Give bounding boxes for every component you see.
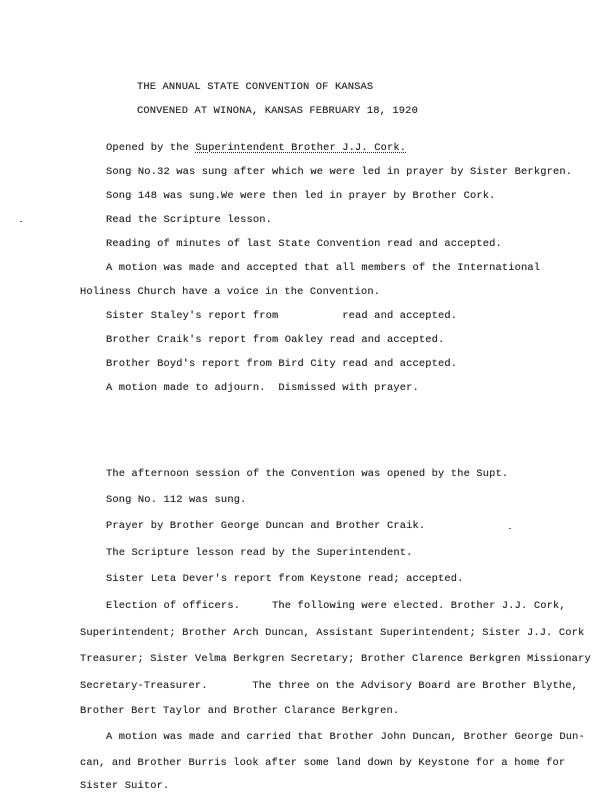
title-line-1: THE ANNUAL STATE CONVENTION OF KANSAS	[137, 82, 373, 92]
afternoon-line: The Scripture lesson read by the Superin…	[106, 548, 413, 558]
opened-prefix: Opened by the	[106, 142, 195, 154]
afternoon-line: Song No. 112 was sung.	[106, 495, 246, 505]
election-line: Brother Bert Taylor and Brother Clarance…	[80, 706, 399, 716]
minutes-line: Reading of minutes of last State Convent…	[106, 239, 502, 249]
minutes-line: A motion was made and accepted that all …	[106, 263, 540, 273]
opened-underlined: Superintendent Brother J.J. Cork.	[195, 142, 406, 154]
afternoon-line: The afternoon session of the Convention …	[106, 469, 508, 479]
afternoon-line: Prayer by Brother George Duncan and Brot…	[106, 521, 425, 531]
motion-line: A motion was made and carried that Broth…	[106, 732, 585, 742]
report-line: A motion made to adjourn. Dismissed with…	[106, 383, 419, 393]
afternoon-line: Sister Leta Dever's report from Keystone…	[106, 574, 464, 584]
election-line: Secretary-Treasurer. The three on the Ad…	[80, 681, 578, 691]
minutes-line: Song No.32 was sung after which we were …	[106, 167, 572, 177]
minutes-line: Read the Scripture lesson.	[106, 215, 272, 225]
scan-speck	[509, 528, 511, 529]
motion-line: can, and Brother Burris look after some …	[80, 758, 565, 768]
motion-line: Sister Suitor.	[80, 781, 169, 791]
afternoon-line: Election of officers. The following were…	[106, 601, 566, 611]
election-line: Treasurer; Sister Velma Berkgren Secreta…	[80, 654, 591, 664]
election-line: Superintendent; Brother Arch Duncan, Ass…	[80, 628, 584, 638]
scan-speck	[20, 221, 22, 222]
report-line: Brother Boyd's report from Bird City rea…	[106, 359, 457, 369]
report-line: Sister Staley's report from read and acc…	[106, 311, 457, 321]
report-line: Brother Craik's report from Oakley read …	[106, 335, 444, 345]
title-line-2: CONVENED AT WINONA, KANSAS FEBRUARY 18, …	[137, 106, 418, 116]
opened-line: Opened by the Superintendent Brother J.J…	[106, 143, 406, 153]
minutes-line: Song 148 was sung.We were then led in pr…	[106, 191, 496, 201]
minutes-line: Holiness Church have a voice in the Conv…	[80, 287, 380, 297]
